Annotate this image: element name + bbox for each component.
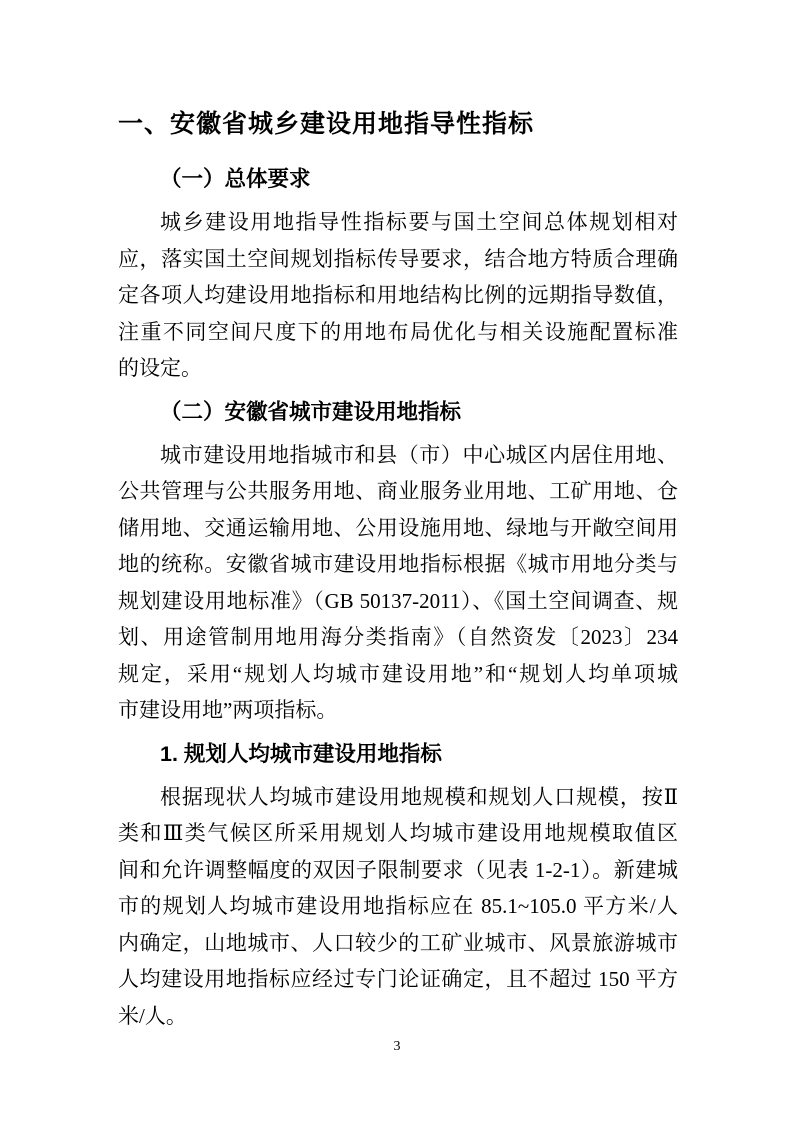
text-line: 城乡建设用地指导性指标要与国土空间总体规划相对	[118, 204, 678, 241]
text-line: 市建设用地”两项指标。	[118, 692, 678, 729]
text-line: 规划建设用地标准》（GB 50137-2011）、《国土空间调查、规	[118, 583, 678, 620]
page-title: 一、安徽省城乡建设用地指导性指标	[118, 108, 678, 142]
text-line: 根据现状人均城市建设用地规模和规划人口规模，按Ⅱ	[118, 779, 678, 816]
text-line: 城市建设用地指城市和县（市）中心城区内居住用地、	[118, 437, 678, 474]
document-page: 一、安徽省城乡建设用地指导性指标 （一）总体要求 城乡建设用地指导性指标要与国土…	[0, 0, 794, 1122]
text-line: 定各项人均建设用地指标和用地结构比例的远期指导数值，	[118, 277, 678, 314]
text-line: 市的规划人均城市建设用地指标应在 85.1~105.0 平方米/人	[118, 888, 678, 925]
text-line: 储用地、交通运输用地、公用设施用地、绿地与开敞空间用	[118, 510, 678, 547]
text-line: 的设定。	[118, 350, 678, 387]
text-line: 规定，采用“规划人均城市建设用地”和“规划人均单项城	[118, 656, 678, 693]
page-number: 3	[0, 1038, 794, 1056]
text-line: 公共管理与公共服务用地、商业服务业用地、工矿用地、仓	[118, 473, 678, 510]
paragraph-3: 根据现状人均城市建设用地规模和规划人口规模，按Ⅱ 类和Ⅲ类气候区所采用规划人均城…	[118, 779, 678, 1035]
text-line: 注重不同空间尺度下的用地布局优化与相关设施配置标准	[118, 314, 678, 351]
paragraph-2: 城市建设用地指城市和县（市）中心城区内居住用地、 公共管理与公共服务用地、商业服…	[118, 437, 678, 729]
section-heading-1: （一）总体要求	[160, 166, 678, 192]
text-line: 内确定，山地城市、人口较少的工矿业城市、风景旅游城市	[118, 925, 678, 962]
section-heading-2: （二）安徽省城市建设用地指标	[160, 399, 678, 425]
text-line: 应，落实国土空间规划指标传导要求，结合地方特质合理确	[118, 241, 678, 278]
text-line: 人均建设用地指标应经过专门论证确定，且不超过 150 平方	[118, 961, 678, 998]
text-line: 地的统称。安徽省城市建设用地指标根据《城市用地分类与	[118, 546, 678, 583]
text-line: 划、用途管制用地用海分类指南》（自然资发〔2023〕234 号）	[118, 619, 678, 656]
text-line: 米/人。	[118, 998, 678, 1035]
text-line: 类和Ⅲ类气候区所采用规划人均城市建设用地规模取值区	[118, 815, 678, 852]
text-line: 间和允许调整幅度的双因子限制要求（见表 1-2-1）。新建城	[118, 852, 678, 889]
paragraph-1: 城乡建设用地指导性指标要与国土空间总体规划相对 应，落实国土空间规划指标传导要求…	[118, 204, 678, 387]
section-heading-3: 1. 规划人均城市建设用地指标	[160, 741, 678, 767]
